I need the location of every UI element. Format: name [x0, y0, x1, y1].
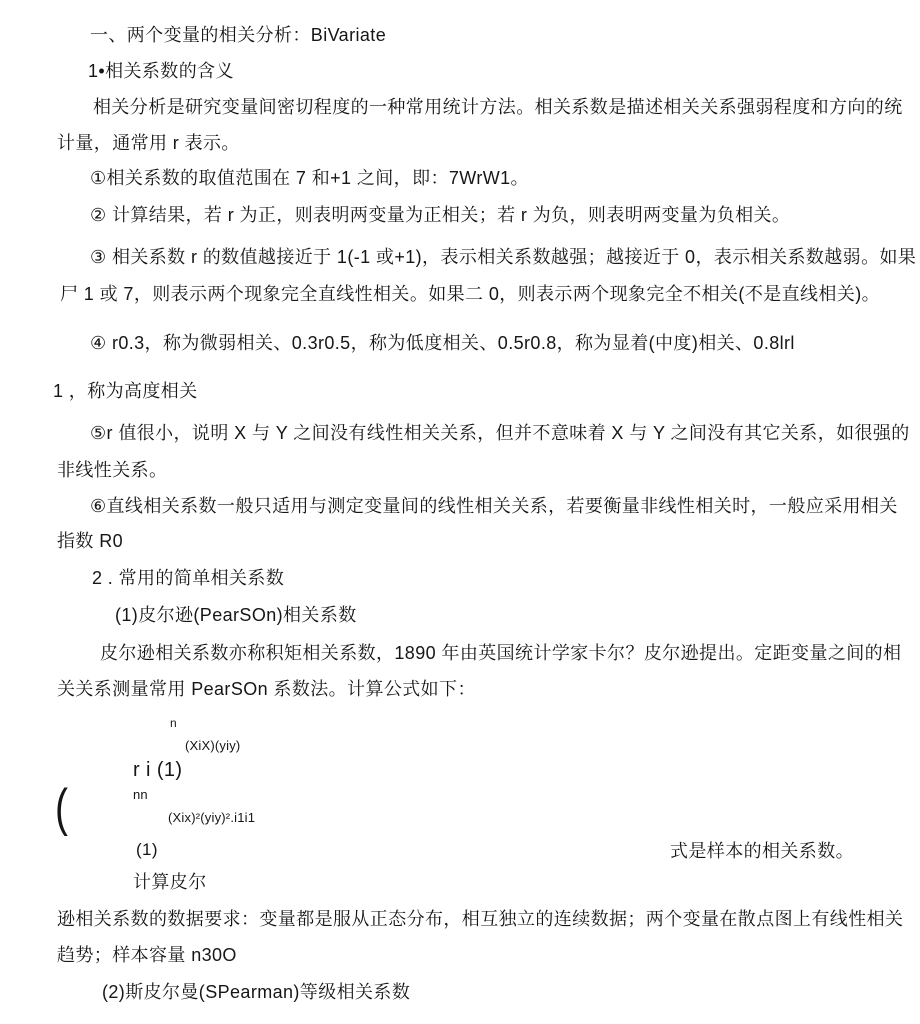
pearson-paragraph-line-2: 关关系测量常用 PearSOn 系数法。计算公式如下： — [57, 679, 476, 701]
formula-nn: nn — [133, 787, 148, 803]
paragraph-1-line-1: 相关分析是研究变量间密切程度的一种常用统计方法。相关系数是描述相关关系强弱程度和… — [93, 97, 903, 119]
formula-equation-number: (1) — [136, 840, 158, 860]
pearson-paragraph-line-1: 皮尔逊相关系数亦称积矩相关系数，1890 年由英国统计学家卡尔？皮尔逊提出。定距… — [100, 643, 901, 665]
list-item-3-line-1: ③ 相关系数 r 的数值越接近于 1(-1 或+1)，表示相关系数越强；越接近于… — [90, 247, 916, 269]
list-item-6-line-1: ⑥直线相关系数一般只适用与测定变量间的线性相关关系，若要衡量非线性相关时，一般应… — [90, 496, 898, 518]
pearson-heading: (1)皮尔逊(PearSOn)相关系数 — [115, 605, 357, 627]
list-item-1: ①相关系数的取值范围在 7 和+1 之间，即：7WrW1。 — [90, 168, 529, 190]
pearson-requirements-line-1: 计算皮尔 — [133, 872, 207, 894]
paragraph-1-line-2: 计量，通常用 r 表示。 — [57, 133, 240, 155]
spearman-heading: (2)斯皮尔曼(SPearman)等级相关系数 — [102, 982, 410, 1004]
formula-numerator: (XiX)(yiy) — [185, 738, 240, 754]
formula-note: 式是样本的相关系数。 — [670, 841, 854, 863]
list-item-3-line-2: 尸 1 或 7，则表示两个现象完全直线性相关。如果二 0，则表示两个现象完全不相… — [60, 284, 880, 306]
list-item-5-line-2: 非线性关系。 — [57, 460, 167, 482]
list-item-2: ② 计算结果，若 r 为正，则表明两变量为正相关；若 r 为负，则表明两变量为负… — [90, 205, 790, 227]
list-item-5-line-1: ⑤r 值很小，说明 X 与 Y 之间没有线性相关关系，但并不意味着 X 与 Y … — [90, 423, 910, 445]
list-item-4-line-1: ④ r0.3，称为微弱相关、0.3r0.5，称为低度相关、0.5r0.8，称为显… — [90, 333, 795, 355]
section-2-heading: 2 . 常用的简单相关系数 — [92, 568, 284, 590]
pearson-requirements-line-3: 趋势；样本容量 n30O — [57, 945, 237, 967]
formula-big-parenthesis: ( — [55, 782, 68, 834]
list-item-6-line-2: 指数 R0 — [57, 531, 123, 553]
document-page: 一、两个变量的相关分析：BiVariate 1•相关系数的含义 相关分析是研究变… — [0, 0, 920, 1024]
doc-title: 一、两个变量的相关分析：BiVariate — [90, 25, 386, 47]
formula-denominator: (Xix)²(yiy)².i1i1 — [168, 810, 255, 826]
list-item-4-line-2: 1 ，称为高度相关 — [53, 381, 198, 403]
formula-sigma-upper-n: n — [170, 716, 177, 730]
section-1-heading: 1•相关系数的含义 — [88, 61, 234, 83]
pearson-requirements-line-2: 逊相关系数的数据要求：变量都是服从正态分布，相互独立的连续数据；两个变量在散点图… — [57, 909, 903, 931]
formula-r-equals: r i (1) — [133, 758, 182, 782]
